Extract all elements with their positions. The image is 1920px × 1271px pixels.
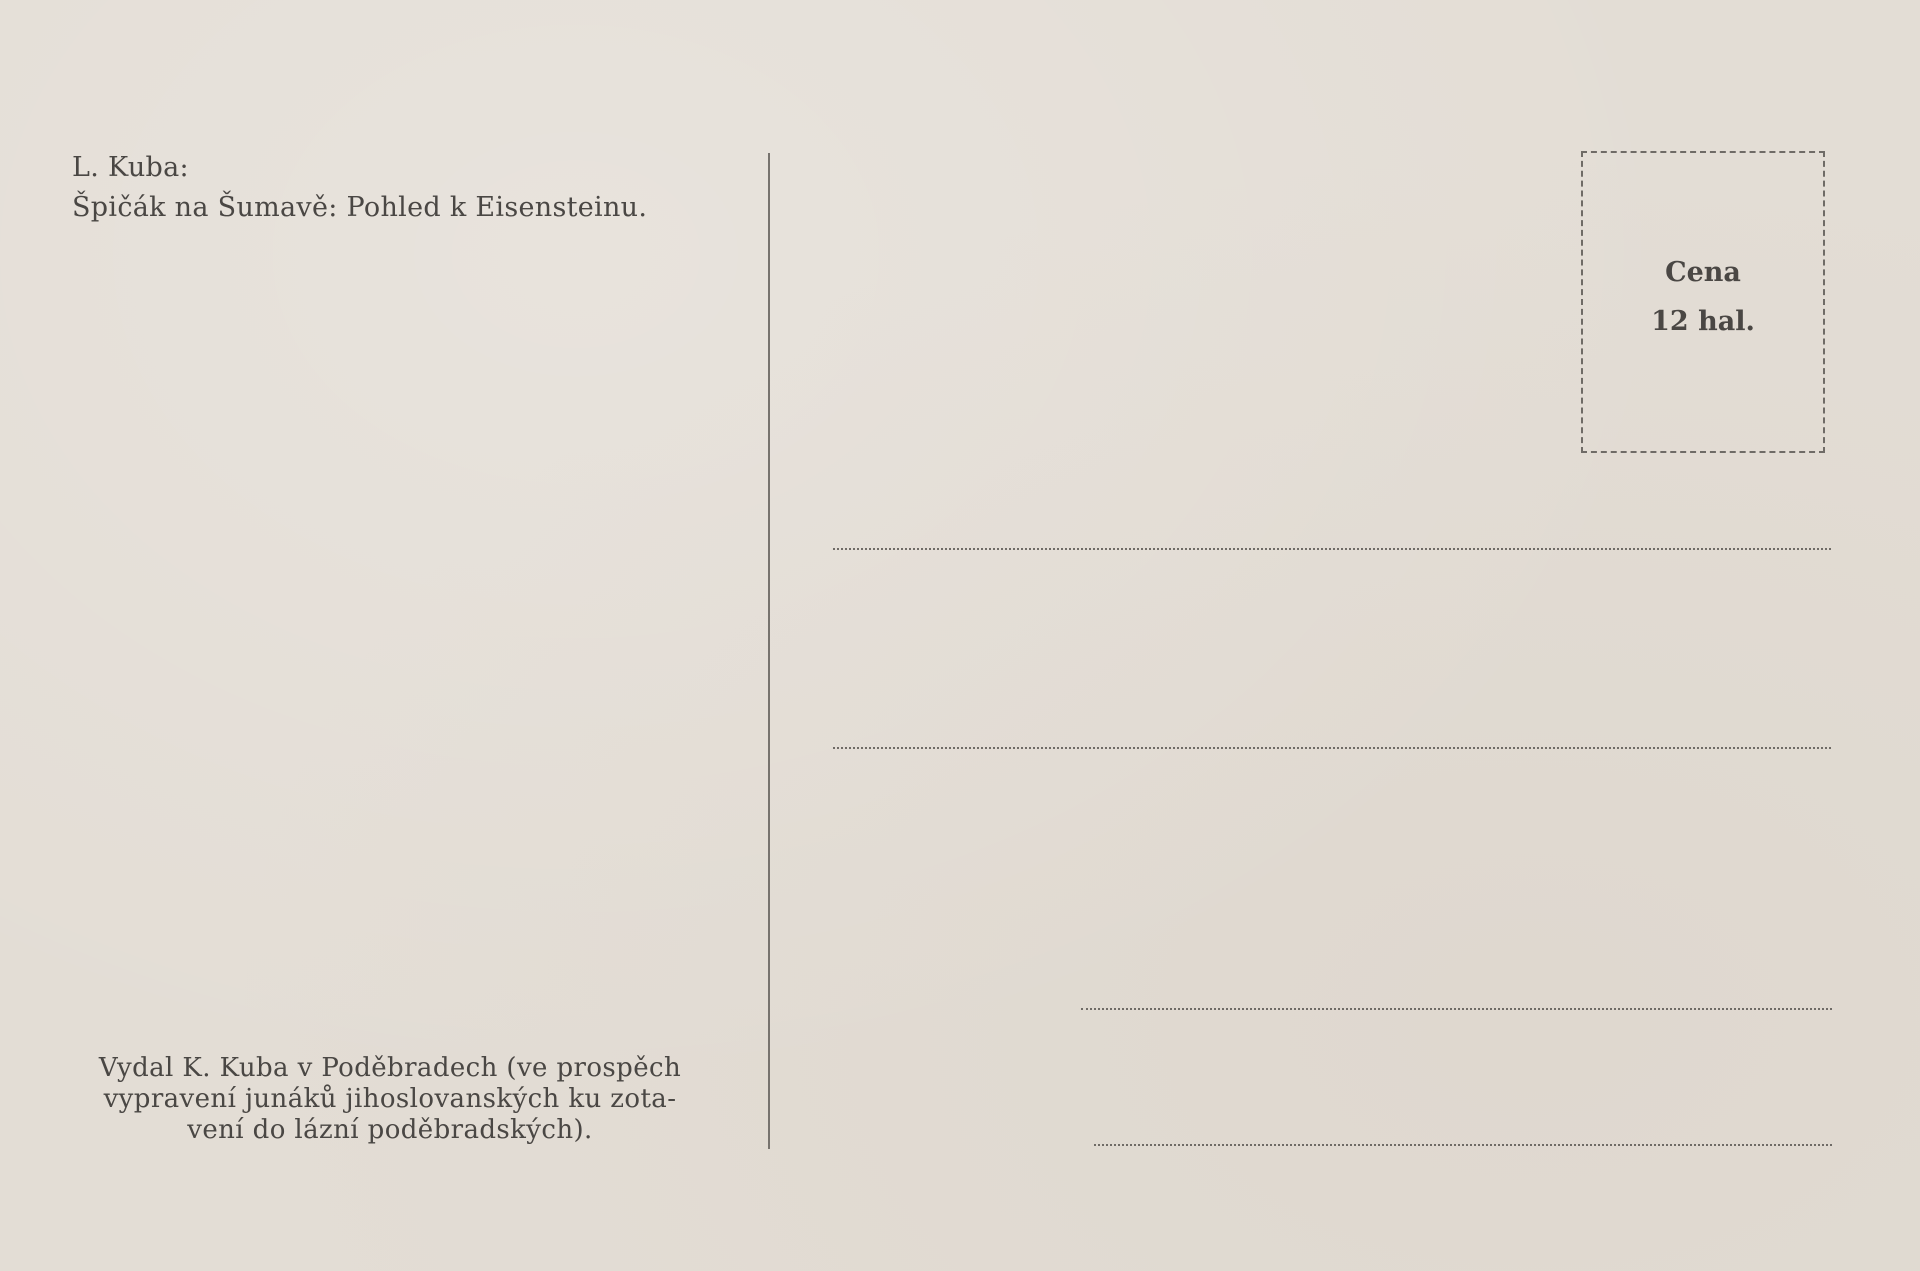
center-divider [768, 153, 770, 1149]
stamp-box: Cena 12 hal. [1581, 151, 1825, 453]
stamp-price: 12 hal. [1651, 306, 1755, 337]
address-line-1 [833, 548, 1831, 550]
postcard-back: L. Kuba: Špičák na Šumavě: Pohled k Eise… [0, 0, 1920, 1271]
publisher-line: vení do lázní poděbradských). [72, 1115, 708, 1146]
address-line-3 [1081, 1008, 1832, 1010]
artwork-title: Špičák na Šumavě: Pohled k Eisensteinu. [72, 188, 647, 228]
publisher-note: Vydal K. Kuba v Poděbradech (ve prospěch… [72, 1053, 708, 1146]
caption-block: L. Kuba: Špičák na Šumavě: Pohled k Eise… [72, 148, 647, 228]
address-line-4 [1094, 1144, 1832, 1146]
publisher-line: vypravení junáků jihoslovanských ku zota… [72, 1084, 708, 1115]
stamp-label: Cena [1665, 257, 1741, 288]
publisher-line: Vydal K. Kuba v Poděbradech (ve prospěch [72, 1053, 708, 1084]
address-line-2 [833, 747, 1831, 749]
artist-name: L. Kuba: [72, 148, 647, 188]
